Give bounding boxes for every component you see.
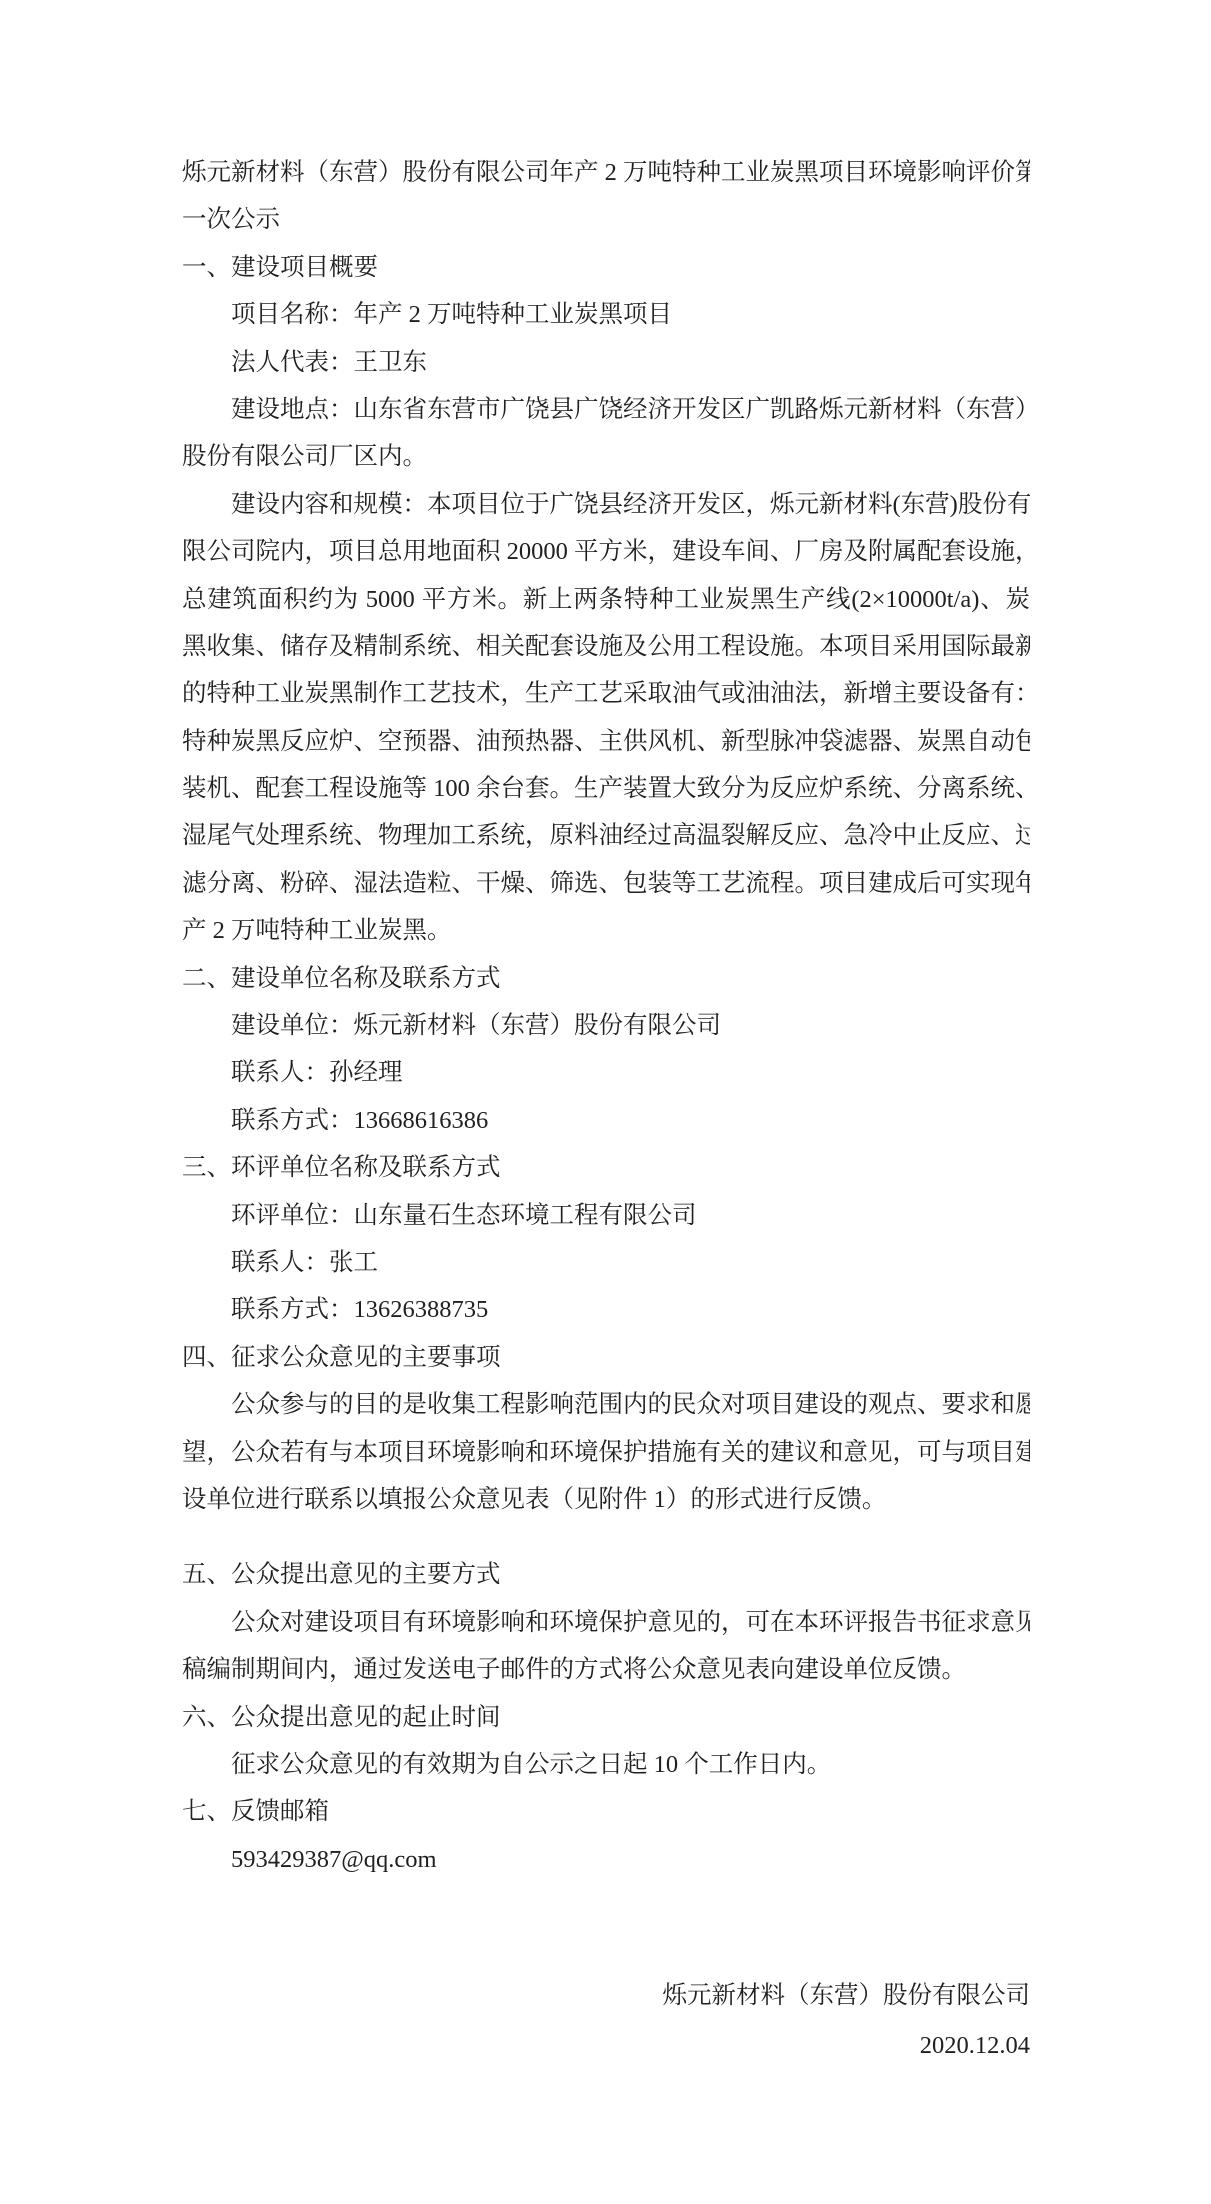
signature-block: 烁元新材料（东营）股份有限公司 2020.12.04 bbox=[182, 1971, 1030, 2071]
body-line: 稿编制期间内，通过发送电子邮件的方式将公众意见表向建设单位反馈。 bbox=[182, 1646, 1030, 1693]
body-line: 的特种工业炭黑制作工艺技术，生产工艺采取油气或油油法，新增主要设备有： bbox=[182, 670, 1030, 717]
section-heading-5: 五、公众提出意见的主要方式 bbox=[182, 1551, 1030, 1598]
body-line: 建设内容和规模：本项目位于广饶县经济开发区，烁元新材料(东营)股份有 bbox=[182, 481, 1030, 528]
body-line: 项目名称：年产 2 万吨特种工业炭黑项目 bbox=[182, 291, 1030, 338]
document-title-line-1: 烁元新材料（东营）股份有限公司年产 2 万吨特种工业炭黑项目环境影响评价第 bbox=[182, 149, 1030, 196]
body-line: 建设地点：山东省东营市广饶县广饶经济开发区广凯路烁元新材料（东营） bbox=[182, 386, 1030, 433]
document-page: 烁元新材料（东营）股份有限公司年产 2 万吨特种工业炭黑项目环境影响评价第 一次… bbox=[0, 0, 1211, 2204]
body-line: 建设单位：烁元新材料（东营）股份有限公司 bbox=[182, 1002, 1030, 1049]
body-line: 限公司院内，项目总用地面积 20000 平方米，建设车间、厂房及附属配套设施， bbox=[182, 528, 1030, 575]
feedback-email: 593429387@qq.com bbox=[182, 1836, 1030, 1883]
section-heading-7: 七、反馈邮箱 bbox=[182, 1788, 1030, 1835]
body-line: 设单位进行联系以填报公众意见表（见附件 1）的形式进行反馈。 bbox=[182, 1476, 1030, 1523]
document-content: 烁元新材料（东营）股份有限公司年产 2 万吨特种工业炭黑项目环境影响评价第 一次… bbox=[182, 149, 1030, 2071]
body-line: 法人代表：王卫东 bbox=[182, 339, 1030, 386]
signature-date: 2020.12.04 bbox=[182, 2021, 1030, 2071]
body-line: 公众对建设项目有环境影响和环境保护意见的，可在本环评报告书征求意见 bbox=[182, 1599, 1030, 1646]
section-heading-3: 三、环评单位名称及联系方式 bbox=[182, 1144, 1030, 1191]
body-line: 联系人：孙经理 bbox=[182, 1049, 1030, 1096]
body-line: 公众参与的目的是收集工程影响范围内的民众对项目建设的观点、要求和愿 bbox=[182, 1381, 1030, 1428]
body-line: 股份有限公司厂区内。 bbox=[182, 433, 1030, 480]
body-line: 产 2 万吨特种工业炭黑。 bbox=[182, 907, 1030, 954]
signature-company: 烁元新材料（东营）股份有限公司 bbox=[182, 1971, 1030, 2021]
body-line: 装机、配套工程设施等 100 余台套。生产装置大致分为反应炉系统、分离系统、 bbox=[182, 765, 1030, 812]
section-heading-2: 二、建设单位名称及联系方式 bbox=[182, 955, 1030, 1002]
body-line: 联系人：张工 bbox=[182, 1239, 1030, 1286]
body-line: 滤分离、粉碎、湿法造粒、干燥、筛选、包装等工艺流程。项目建成后可实现年 bbox=[182, 860, 1030, 907]
body-line: 黑收集、储存及精制系统、相关配套设施及公用工程设施。本项目采用国际最新 bbox=[182, 623, 1030, 670]
body-line: 望，公众若有与本项目环境影响和环境保护措施有关的建议和意见，可与项目建 bbox=[182, 1429, 1030, 1476]
section-heading-6: 六、公众提出意见的起止时间 bbox=[182, 1694, 1030, 1741]
body-line: 联系方式：13626388735 bbox=[182, 1286, 1030, 1333]
body-line: 湿尾气处理系统、物理加工系统，原料油经过高温裂解反应、急冷中止反应、过 bbox=[182, 812, 1030, 859]
body-line: 征求公众意见的有效期为自公示之日起 10 个工作日内。 bbox=[182, 1741, 1030, 1788]
body-line: 特种炭黑反应炉、空预器、油预热器、主供风机、新型脉冲袋滤器、炭黑自动包 bbox=[182, 718, 1030, 765]
body-line: 环评单位：山东量石生态环境工程有限公司 bbox=[182, 1192, 1030, 1239]
document-title-line-2: 一次公示 bbox=[182, 196, 1030, 243]
body-line: 总建筑面积约为 5000 平方米。新上两条特种工业炭黑生产线(2×10000t/… bbox=[182, 576, 1030, 623]
body-line: 联系方式：13668616386 bbox=[182, 1097, 1030, 1144]
section-heading-1: 一、建设项目概要 bbox=[182, 244, 1030, 291]
section-heading-4: 四、征求公众意见的主要事项 bbox=[182, 1334, 1030, 1381]
